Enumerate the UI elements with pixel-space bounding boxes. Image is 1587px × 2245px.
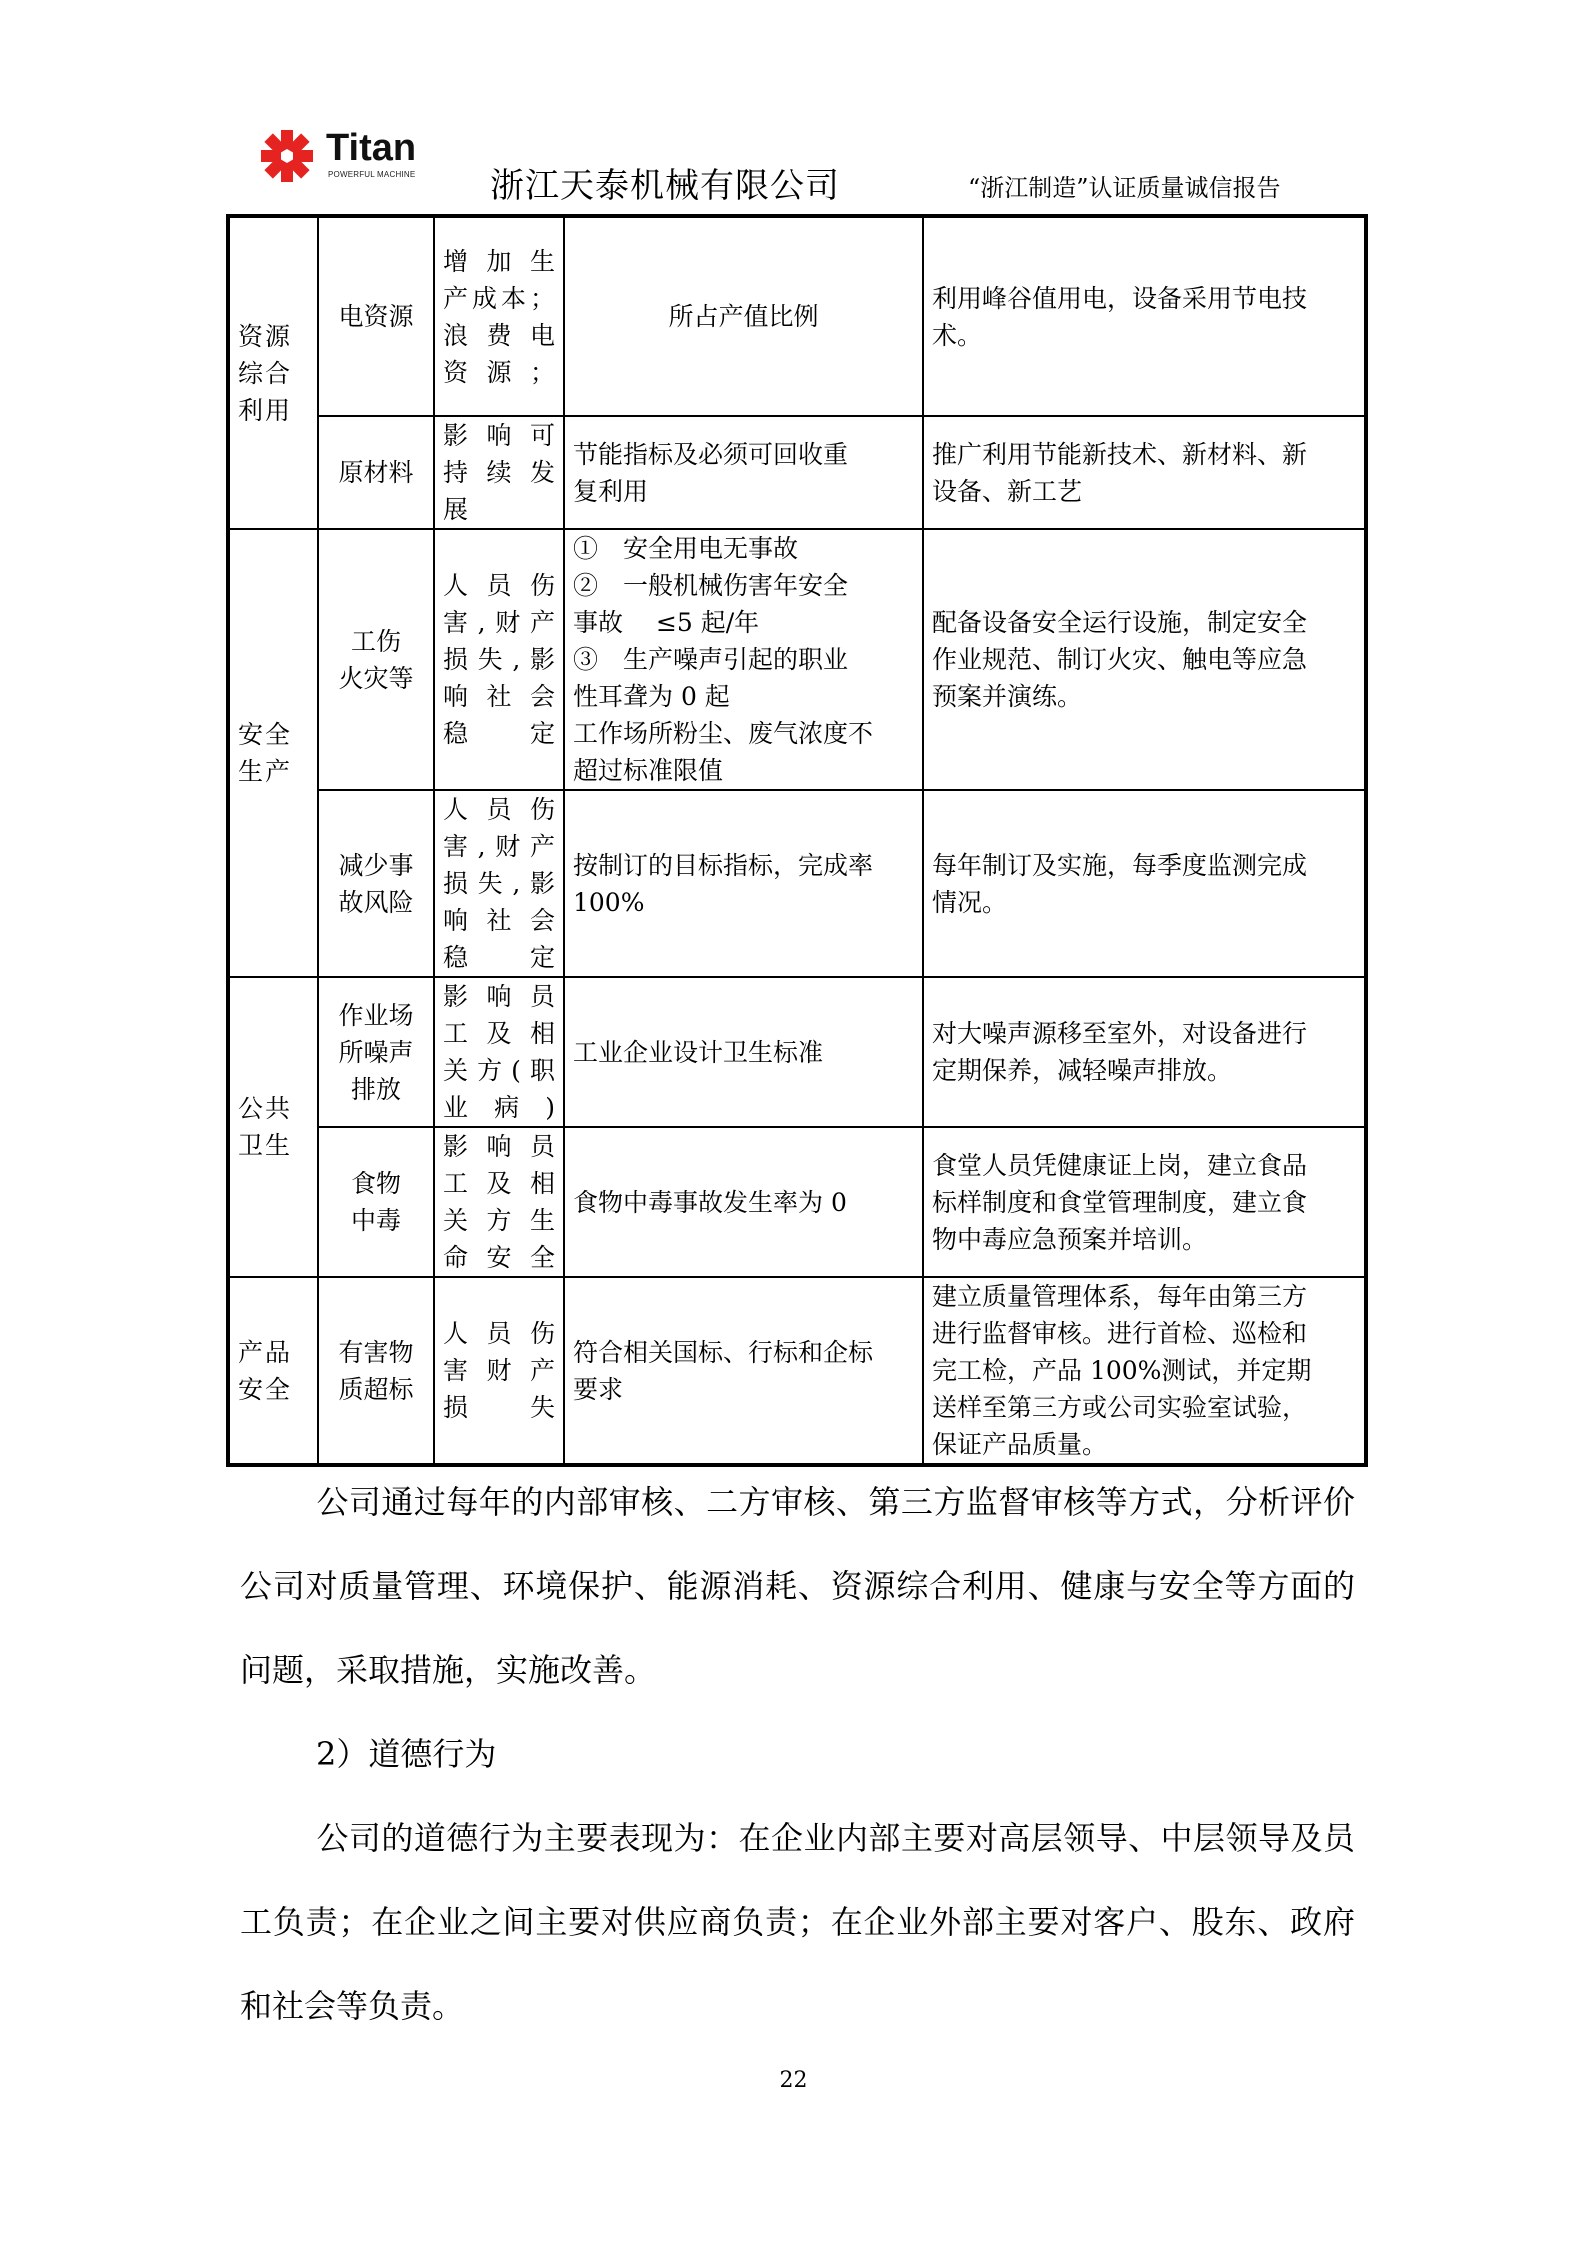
cell-line: 卫生 xyxy=(238,1127,309,1164)
cell-line: 影响员 xyxy=(443,1128,555,1165)
measure-cell: 建立质量管理体系，每年由第三方进行监督审核。进行首检、巡检和完工检，产品 100… xyxy=(923,1277,1366,1465)
cell-line: 响社会 xyxy=(443,902,555,939)
impact-cell: 影响员工及相关方生命安全 xyxy=(434,1127,564,1277)
cell-line: ① 安全用电无事故 xyxy=(573,530,914,567)
cell-line: 排放 xyxy=(327,1071,425,1108)
cell-line: 故风险 xyxy=(327,884,425,921)
cell-line: 增加生 xyxy=(443,243,555,280)
measure-cell: 对大噪声源移至室外，对设备进行定期保养，减轻噪声排放。 xyxy=(923,977,1366,1127)
cell-line: 每年制订及实施，每季度监测完成 xyxy=(932,847,1356,884)
cell-line: 作业场 xyxy=(327,997,425,1034)
category-cell: 安全生产 xyxy=(228,529,318,977)
logo-brand: Titan xyxy=(326,126,416,170)
cell-line: 持续发 xyxy=(443,454,555,491)
titan-logo: Titan POWERFUL MACHINE xyxy=(258,130,438,185)
measure-cell: 食堂人员凭健康证上岗，建立食品标样制度和食堂管理制度，建立食物中毒应急预案并培训… xyxy=(923,1127,1366,1277)
cell-line: 进行监督审核。进行首检、巡检和 xyxy=(932,1315,1356,1352)
table-row: 产品安全有害物质超标人员伤害财产损失符合相关国标、行标和企标要求建立质量管理体系… xyxy=(228,1277,1366,1465)
cell-line: 超过标准限值 xyxy=(573,752,914,789)
cell-line: 情况。 xyxy=(932,884,1356,921)
cell-line: 复利用 xyxy=(573,473,914,510)
impact-cell: 影响可持续发展 xyxy=(434,416,564,529)
company-name: 浙江天泰机械有限公司 xyxy=(490,166,840,206)
table-row: 原材料影响可持续发展节能指标及必须可回收重复利用推广利用节能新技术、新材料、新设… xyxy=(228,416,1366,529)
cell-line: 原材料 xyxy=(327,454,425,491)
risk-table-body: 资源综合利用电资源增加生产成本；浪费电资源；所占产值比例利用峰谷值用电，设备采用… xyxy=(228,216,1366,1465)
cell-line: ② 一般机械伤害年安全 xyxy=(573,567,914,604)
item-cell: 原材料 xyxy=(318,416,434,529)
impact-cell: 人员伤害,财产损失,影响社会稳定 xyxy=(434,529,564,790)
cell-line: 所占产值比例 xyxy=(573,298,914,335)
cell-line: 公共 xyxy=(238,1090,309,1127)
measure-cell: 配备设备安全运行设施，制定安全作业规范、制订火灾、触电等应急预案并演练。 xyxy=(923,529,1366,790)
cell-line: 工作场所粉尘、废气浓度不 xyxy=(573,715,914,752)
table-row: 安全生产工伤火灾等人员伤害,财产损失,影响社会稳定① 安全用电无事故② 一般机械… xyxy=(228,529,1366,790)
cell-line: 符合相关国标、行标和企标 xyxy=(573,1334,914,1371)
indicator-cell: ① 安全用电无事故② 一般机械伤害年安全事故 ≤5 起/年③ 生产噪声引起的职业… xyxy=(564,529,923,790)
indicator-cell: 按制订的目标指标，完成率100% xyxy=(564,790,923,977)
cell-line: 利用 xyxy=(238,392,309,429)
cell-line: 关方生 xyxy=(443,1202,555,1239)
cell-line: 工及相 xyxy=(443,1165,555,1202)
category-cell: 公共卫生 xyxy=(228,977,318,1277)
cell-line: 电资源 xyxy=(327,298,425,335)
cell-line: 展 xyxy=(443,491,555,528)
cell-line: ③ 生产噪声引起的职业 xyxy=(573,641,914,678)
indicator-cell: 所占产值比例 xyxy=(564,216,923,416)
cell-line: 害财产 xyxy=(443,1352,555,1389)
cell-line: 标样制度和食堂管理制度，建立食 xyxy=(932,1184,1356,1221)
item-cell: 工伤火灾等 xyxy=(318,529,434,790)
cell-line: 节能指标及必须可回收重 xyxy=(573,436,914,473)
cell-line: 综合 xyxy=(238,355,309,392)
cell-line: 损失 xyxy=(443,1389,555,1426)
cell-line: 产成本； xyxy=(443,280,555,317)
cell-line: 食物 xyxy=(327,1165,425,1202)
cell-line: 利用峰谷值用电，设备采用节电技 xyxy=(932,280,1356,317)
cell-line: 质超标 xyxy=(327,1371,425,1408)
cell-line: 生产 xyxy=(238,753,309,790)
gear-icon xyxy=(258,130,316,182)
paragraph-ethics-text: 公司的道德行为主要表现为：在企业内部主要对高层领导、中层领导及员工负责；在企业之… xyxy=(240,1819,1355,2025)
paragraph-audit-text: 公司通过每年的内部审核、二方审核、第三方监督审核等方式，分析评价公司对质量管理、… xyxy=(240,1483,1355,1689)
cell-line: 影响员 xyxy=(443,978,555,1015)
report-title: “浙江制造”认证质量诚信报告 xyxy=(968,173,1281,203)
cell-line: 浪费电 xyxy=(443,317,555,354)
category-cell: 产品安全 xyxy=(228,1277,318,1465)
cell-line: 害,财产 xyxy=(443,828,555,865)
cell-line: 人员伤 xyxy=(443,567,555,604)
cell-line: 术。 xyxy=(932,317,1356,354)
cell-line: 减少事 xyxy=(327,847,425,884)
item-cell: 减少事故风险 xyxy=(318,790,434,977)
cell-line: 有害物 xyxy=(327,1334,425,1371)
indicator-cell: 符合相关国标、行标和企标要求 xyxy=(564,1277,923,1465)
indicator-cell: 工业企业设计卫生标准 xyxy=(564,977,923,1127)
item-cell: 电资源 xyxy=(318,216,434,416)
section-heading-ethics: 2）道德行为 xyxy=(240,1712,1355,1796)
cell-line: 建立质量管理体系，每年由第三方 xyxy=(932,1278,1356,1315)
table-row: 公共卫生作业场所噪声排放影响员工及相关方(职业病)工业企业设计卫生标准对大噪声源… xyxy=(228,977,1366,1127)
indicator-cell: 节能指标及必须可回收重复利用 xyxy=(564,416,923,529)
impact-cell: 人员伤害财产损失 xyxy=(434,1277,564,1465)
cell-line: 食堂人员凭健康证上岗，建立食品 xyxy=(932,1147,1356,1184)
impact-cell: 影响员工及相关方(职业病) xyxy=(434,977,564,1127)
cell-line: 作业规范、制订火灾、触电等应急 xyxy=(932,641,1356,678)
paragraph-ethics: 公司的道德行为主要表现为：在企业内部主要对高层领导、中层领导及员工负责；在企业之… xyxy=(240,1796,1355,2048)
cell-line: 稳定 xyxy=(443,939,555,976)
cell-line: 影响可 xyxy=(443,417,555,454)
cell-line: 工业企业设计卫生标准 xyxy=(573,1034,914,1071)
table-row: 减少事故风险人员伤害,财产损失,影响社会稳定按制订的目标指标，完成率100%每年… xyxy=(228,790,1366,977)
cell-line: 损失,影 xyxy=(443,641,555,678)
section-heading-text: 2）道德行为 xyxy=(316,1735,496,1773)
cell-line: 人员伤 xyxy=(443,1315,555,1352)
cell-line: 送样至第三方或公司实验室试验， xyxy=(932,1389,1356,1426)
cell-line: 设备、新工艺 xyxy=(932,473,1356,510)
cell-line: 预案并演练。 xyxy=(932,678,1356,715)
cell-line: 按制订的目标指标，完成率 xyxy=(573,847,914,884)
cell-line: 关方(职 xyxy=(443,1052,555,1089)
cell-line: 推广利用节能新技术、新材料、新 xyxy=(932,436,1356,473)
cell-line: 完工检，产品 100%测试，并定期 xyxy=(932,1352,1356,1389)
cell-line: 所噪声 xyxy=(327,1034,425,1071)
logo-tagline: POWERFUL MACHINE xyxy=(328,170,415,179)
cell-line: 火灾等 xyxy=(327,660,425,697)
table-row: 资源综合利用电资源增加生产成本；浪费电资源；所占产值比例利用峰谷值用电，设备采用… xyxy=(228,216,1366,416)
cell-line: 物中毒应急预案并培训。 xyxy=(932,1221,1356,1258)
measure-cell: 每年制订及实施，每季度监测完成情况。 xyxy=(923,790,1366,977)
cell-line: 安全 xyxy=(238,716,309,753)
document-page: Titan POWERFUL MACHINE 浙江天泰机械有限公司 “浙江制造”… xyxy=(0,0,1587,2245)
cell-line: 事故 ≤5 起/年 xyxy=(573,604,914,641)
item-cell: 食物中毒 xyxy=(318,1127,434,1277)
indicator-cell: 食物中毒事故发生率为 0 xyxy=(564,1127,923,1277)
cell-line: 工及相 xyxy=(443,1015,555,1052)
cell-line: 食物中毒事故发生率为 0 xyxy=(573,1184,914,1221)
cell-line: 害,财产 xyxy=(443,604,555,641)
cell-line: 定期保养，减轻噪声排放。 xyxy=(932,1052,1356,1089)
measure-cell: 利用峰谷值用电，设备采用节电技术。 xyxy=(923,216,1366,416)
risk-table: 资源综合利用电资源增加生产成本；浪费电资源；所占产值比例利用峰谷值用电，设备采用… xyxy=(226,214,1368,1467)
cell-line: 业病) xyxy=(443,1089,555,1126)
cell-line: 中毒 xyxy=(327,1202,425,1239)
item-cell: 有害物质超标 xyxy=(318,1277,434,1465)
category-cell: 资源综合利用 xyxy=(228,216,318,529)
cell-line: 资源； xyxy=(443,354,555,391)
cell-line: 损失,影 xyxy=(443,865,555,902)
cell-line: 安全 xyxy=(238,1371,309,1408)
cell-line: 性耳聋为 0 起 xyxy=(573,678,914,715)
cell-line: 资源 xyxy=(238,318,309,355)
table-row: 食物中毒影响员工及相关方生命安全食物中毒事故发生率为 0食堂人员凭健康证上岗，建… xyxy=(228,1127,1366,1277)
impact-cell: 人员伤害,财产损失,影响社会稳定 xyxy=(434,790,564,977)
impact-cell: 增加生产成本；浪费电资源； xyxy=(434,216,564,416)
cell-line: 100% xyxy=(573,884,914,921)
cell-line: 产品 xyxy=(238,1334,309,1371)
cell-line: 工伤 xyxy=(327,623,425,660)
cell-line: 命安全 xyxy=(443,1239,555,1276)
cell-line: 保证产品质量。 xyxy=(932,1426,1356,1463)
cell-line: 配备设备安全运行设施，制定安全 xyxy=(932,604,1356,641)
measure-cell: 推广利用节能新技术、新材料、新设备、新工艺 xyxy=(923,416,1366,529)
item-cell: 作业场所噪声排放 xyxy=(318,977,434,1127)
cell-line: 要求 xyxy=(573,1371,914,1408)
cell-line: 对大噪声源移至室外，对设备进行 xyxy=(932,1015,1356,1052)
cell-line: 人员伤 xyxy=(443,791,555,828)
page-number: 22 xyxy=(0,2068,1587,2093)
cell-line: 稳定 xyxy=(443,715,555,752)
paragraph-audit: 公司通过每年的内部审核、二方审核、第三方监督审核等方式，分析评价公司对质量管理、… xyxy=(240,1460,1355,1712)
cell-line: 响社会 xyxy=(443,678,555,715)
